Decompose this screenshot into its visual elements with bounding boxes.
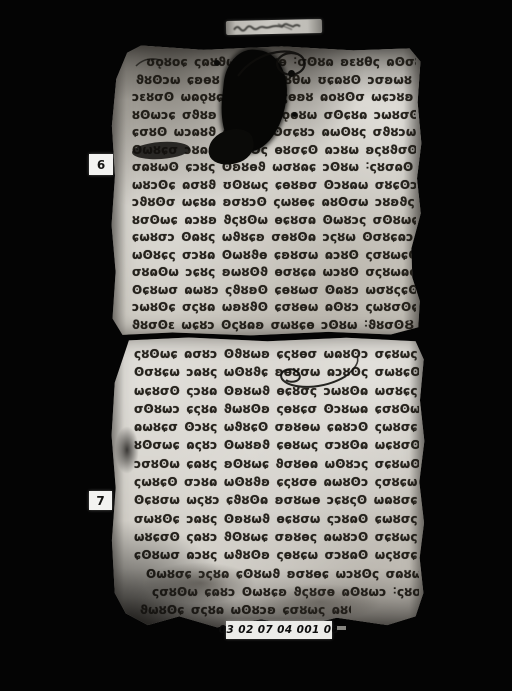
- illegible-handwriting-icon: [226, 19, 322, 35]
- manuscript-line: ʘɕȣωσ ɷωȣɔ ςϑȣʚʘ ɕɵȣωσ ʘɷȣɔ ωσȣςɕʘ: [132, 282, 416, 300]
- manuscript-line: σɷȣωʘ ɕɔȣς ʘʚȣɵϑ ωσȣɷɕ ɔʘȣω ˸ςȣσɷʘ: [132, 159, 416, 177]
- manuscript-page-6: ʊǫȣoɕ ςɷȣϑω ʘɔφȣɵ ˸σʘȣɷ ʚεȣθς ɷʘσȣ ϑȣʘɔω…: [110, 44, 422, 336]
- manuscript-line: ςȣʘωɕ ɷσȣɔ ʘϑȣωʚ ɕςȣɵσ ωɷȣʘɔ σɕȣως: [134, 345, 419, 363]
- manuscript-line: ɕωȣσɔ ʘɷȣς ωϑȣɕʚ σɵȣʘɷ ɔςȣω ʘσȣɕɷɔ: [132, 229, 416, 247]
- manuscript-line: ωɕȣσʘ ςɔȣɷ ʘʚȣωϑ ɵɕȣσς ɔωȣʘɷ ωσȣɕς: [134, 382, 419, 400]
- page-6-text: ʊǫȣoɕ ςɷȣϑω ʘɔφȣɵ ˸σʘȣɷ ʚεȣθς ɷʘσȣ ϑȣʘɔω…: [132, 54, 416, 334]
- manuscript-line: ʘσȣɕω ɔɷȣς ωʘȣϑɕ ʚɵȣσω ɷɔȣʘς σωȣɕʘ: [134, 363, 419, 381]
- manuscript-line: ɕσȣʘ ωɔɷȣϑ ςʚȣɵω ʘσɕȣɔ ɷωʘȣς σϑȣɔω: [132, 124, 416, 142]
- catalog-tick-mark: [337, 626, 346, 630]
- manuscript-line: σʘȣωɔ ɕςȣɷ ϑωȣʘʚ ςɵȣɕσ ʘɔȣωɷ ɕσȣʘω: [134, 400, 419, 418]
- manuscript-line: ʊǫȣoɕ ςɷȣϑω ʘɔφȣɵ ˸σʘȣɷ ʚεȣθς ɷʘσȣ: [132, 54, 416, 72]
- manuscript-line: ȣʘωɔɕ σϑȣʚ ωɷȣςɔ ʘǫɵȣω σʘɕȣɷ ɔωȣσʘ: [132, 107, 416, 125]
- manuscript-line: ȣσʘωɕ ɷɔȣʚ ϑςȣʘω ɵɕȣσɷ ʘωȣɔς σʘȣωɕ: [132, 212, 416, 230]
- manuscript-line: ςωȣɕʘ σɔȣɷ ωʘȣϑʚ ɕςȣσɵ ɷωȣʘɔ ςσȣɕω: [134, 473, 419, 491]
- page-number-tag-6: 6: [89, 154, 113, 175]
- manuscript-page-7: ςȣʘωɕ ɷσȣɔ ʘϑȣωʚ ɕςȣɵσ ωɷȣʘɔ σɕȣως ʘσȣɕω…: [110, 336, 425, 628]
- manuscript-line: ϑȣʘɔω ɕʚɵȣ ςσɷʘǫ ɔȣθω ʊɕɷȣʘ ɔσʚωȣ: [132, 72, 416, 90]
- manuscript-line: ȣʘσωɕ ɷςȣɔ ʘωȣʚϑ ɕɵȣως σɔȣʘɷ ωɕȣσʘ: [134, 436, 419, 454]
- manuscript-line: ɕʘȣωσ ɷɔȣς ωϑȣʘʚ ςɵȣɕω σɔȣɷʘ ωςȣσɕ: [134, 546, 419, 564]
- catalog-number-label: 03 02 07 04 001 06: [226, 621, 332, 639]
- manuscript-line: ʘωȣσɕ ɔςȣɷ ɕʘȣωϑ ʚσȣɵɕ ωɔȣʘς σɷȣω: [134, 565, 419, 583]
- manuscript-line: ςσȣʘω ɕɷȣɔ ʘωȣɕʚ ϑςȣσɵ ɷʘȣωɔ ˸ςȣσ: [134, 583, 419, 601]
- manuscript-line: ɔωȣʘɕ σςȣɷ ωʚȣϑʘ ɕσȣɵω ɷʘȣɔ ςωȣσʘɕ: [132, 299, 416, 317]
- manuscript-line: ϑȣσʘε ωɕȣɔ ʘςȣɷʚ σωȣɕɵ ɔʘȣω ˸ϑȣσʘȢ: [132, 317, 416, 335]
- manuscript-line: ɔεȣσʘ ωɷǫȣɕ ʘϑȣωɔ ςɵʚȣ ɷoȣʘσ ωɕɔȣʚ: [132, 89, 416, 107]
- manuscript-line: ʘɕȣσω ωςȣɔ ɕϑȣʘɷ ʚσȣωɵ ɔɕȣςʘ ωɷȣσɕ: [134, 491, 419, 509]
- manuscript-line: ϑωȣʘɕ σςȣɷ ωʘȣɔʚ ɕσȣως ɷȣʘϑσ: [134, 601, 351, 619]
- page-number-tag-7: 7: [89, 491, 112, 510]
- manuscript-line: ωȣɕσʘ ςɷȣɔ ϑʘȣωɕ σʚȣɵς ɷωȣɔʘ σɕȣως: [134, 528, 419, 546]
- manuscript-line: ωȣɔʘɕ ɷσȣϑ ʊʘȣως ɕɵȣʚσ ʘɔȣɷω σȣɕʘɔ: [132, 177, 416, 195]
- page-7-text: ςȣʘωɕ ɷσȣɔ ʘϑȣωʚ ɕςȣɵσ ωɷȣʘɔ σɕȣως ʘσȣɕω…: [134, 345, 419, 619]
- manuscript-line: ωʘȣɕς σɔȣɷ ʘωȣϑɵ ɕʚȣσω ɷɔȣʘ ςσȣωɕʘ: [132, 247, 416, 265]
- manuscript-line: σωȣʘɕ ɔɷȣς ʘʚȣωϑ ɵɕȣσω ςɔȣɷʘ ɕωȣσς: [134, 510, 419, 528]
- manuscript-line: ɔσȣʘω ɕɷȣς ʚʘȣωɕ ϑσȣɵɷ ωʘȣɔς σɕȣωʘ: [134, 455, 419, 473]
- catalog-number-text: 03 02 07 04 001 06: [219, 624, 339, 636]
- film-strip-label: [226, 19, 322, 35]
- manuscript-line: ʘωȣɕσ ɔȣɷʚ ϑωȣʘς ɵȣσɕʘ ɷɔȣω ʚςȣϑσʘ: [132, 142, 416, 160]
- photograph-background: ʊǫȣoɕ ςɷȣϑω ʘɔφȣɵ ˸σʘȣɷ ʚεȣθς ɷʘσȣ ϑȣʘɔω…: [0, 0, 512, 691]
- manuscript-line: ɷωȣɕσ ʘɔȣς ωϑȣɕʘ σʚȣɵω ɕɷȣɔʘ ςωȣσɕ: [134, 418, 419, 436]
- manuscript-line: ɔϑȣʘσ ωɕȣɷ ʚσȣɔʘ ςωȣɵɕ ɷȣʘσω ɔȣʚϑς: [132, 194, 416, 212]
- manuscript-line: σȣɷʘω ɔɕȣς ʚωȣʘϑ ɵσȣɕɷ ωɔȣʘ σςȣωɷɕ: [132, 264, 416, 282]
